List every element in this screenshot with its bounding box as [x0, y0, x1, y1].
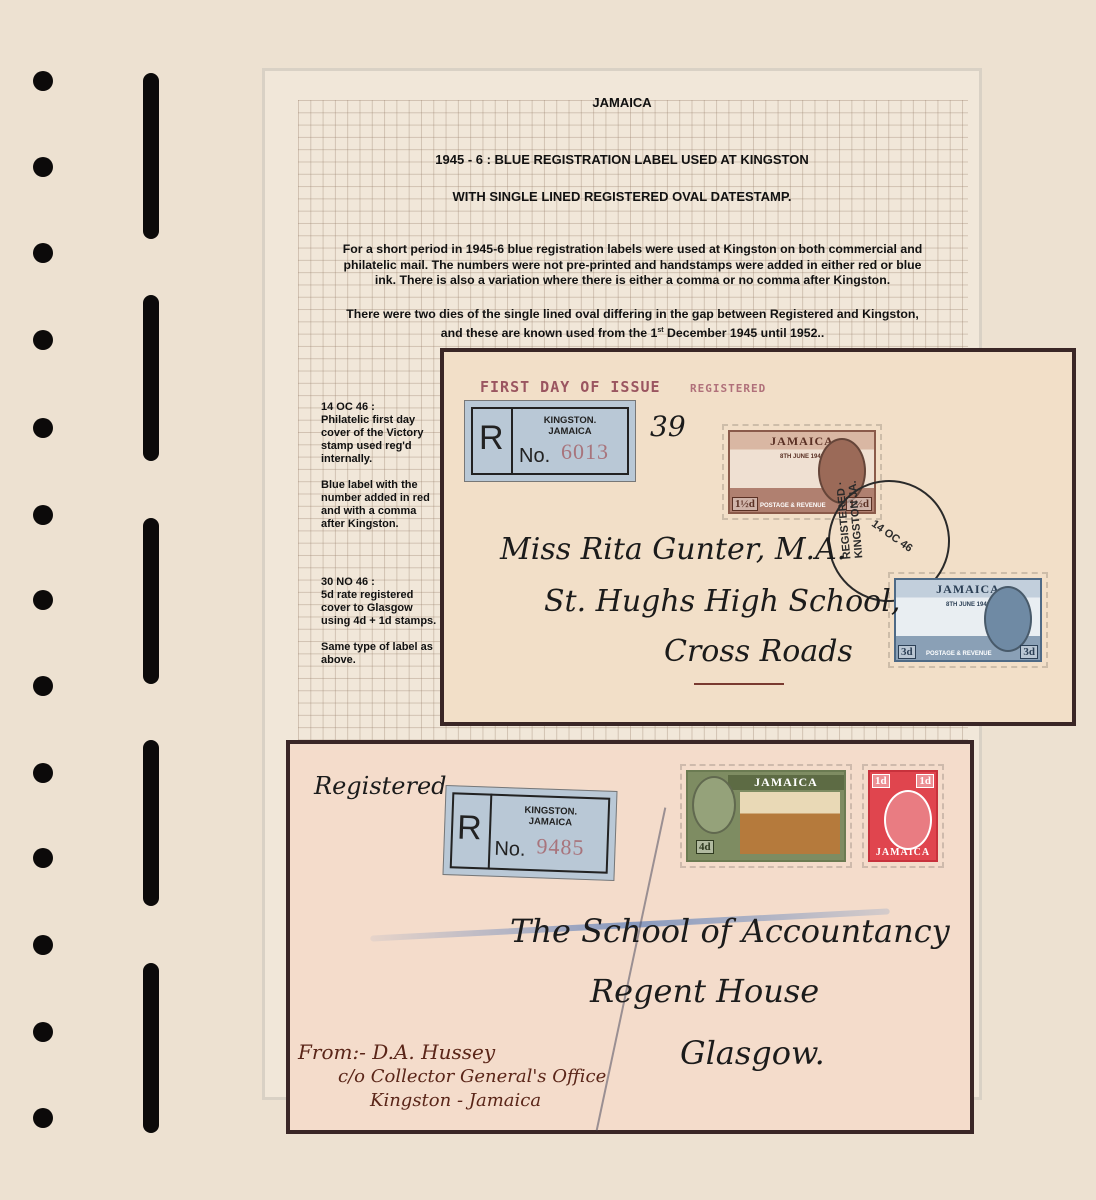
binder-hole	[33, 71, 53, 91]
note-line: Blue label with the	[321, 479, 446, 492]
binder-slot	[143, 518, 159, 684]
sender-line: From:- D.A. Hussey	[298, 1040, 495, 1064]
label-letter: R	[479, 419, 504, 458]
cover-first-day: FIRST DAY OF ISSUE REGISTERED R KINGSTON…	[444, 352, 1072, 722]
paragraph-line: and these are known used from the 1st De…	[300, 323, 965, 342]
stamp-4d-citrus-grove: JAMAICA 4d	[680, 764, 852, 868]
note-line: and with a comma	[321, 505, 446, 518]
label-number: 9485	[536, 833, 585, 861]
label-no: No.	[519, 445, 550, 468]
binder-slot	[143, 963, 159, 1133]
heading-line-1: 1945 - 6 : BLUE REGISTRATION LABEL USED …	[262, 152, 982, 167]
note-line: number added in red	[321, 492, 446, 505]
cachet-first-day-of-issue: FIRST DAY OF ISSUE	[480, 378, 661, 396]
binder-hole	[33, 1022, 53, 1042]
note-line: using 4d + 1d stamps.	[321, 615, 446, 628]
stamp-1d-red: 1d 1d JAMAICA	[862, 764, 944, 868]
label-no: No.	[494, 838, 526, 862]
binder-hole	[33, 418, 53, 438]
paragraph-line: For a short period in 1945-6 blue regist…	[300, 242, 965, 258]
label-city: KINGSTON. JAMAICA	[515, 415, 625, 437]
binder-hole	[33, 243, 53, 263]
sender-line: Kingston - Jamaica	[370, 1090, 541, 1111]
binder-hole	[33, 505, 53, 525]
binder-slot	[143, 73, 159, 239]
note-line: above.	[321, 654, 446, 667]
label-city-line: JAMAICA	[515, 426, 625, 437]
paragraph-line: ink. There is also a variation where the…	[300, 273, 965, 289]
note-line: 5d rate registered	[321, 589, 446, 602]
binder-hole	[33, 848, 53, 868]
binder-hole	[33, 157, 53, 177]
label-letter: R	[456, 808, 482, 848]
binder-hole	[33, 590, 53, 610]
underline	[694, 683, 784, 685]
label-number: 6013	[561, 439, 609, 465]
note-line: Philatelic first day	[321, 414, 446, 427]
binder-hole	[33, 330, 53, 350]
note-cover-1: 14 OC 46 : Philatelic first day cover of…	[321, 401, 446, 531]
binder-slot	[143, 740, 159, 906]
registration-label: R KINGSTON. JAMAICA No. 6013	[464, 400, 636, 482]
note-line: cover of the Victory	[321, 427, 446, 440]
binder-hole	[33, 935, 53, 955]
label-city: KINGSTON. JAMAICA	[495, 804, 606, 830]
address-line: Cross Roads	[664, 634, 853, 669]
note-cover-2: 30 NO 46 : 5d rate registered cover to G…	[321, 576, 446, 667]
handwritten-registered: Registered.	[314, 772, 454, 800]
note-line: 30 NO 46 :	[321, 576, 446, 589]
stamp-victory-3d: JAMAICA 8TH JUNE 1946 POSTAGE & REVENUE …	[888, 572, 1048, 668]
note-line: after Kingston.	[321, 518, 446, 531]
binder-hole	[33, 1108, 53, 1128]
address-line: Miss Rita Gunter, M.A.	[500, 532, 846, 567]
dies-paragraph: There were two dies of the single lined …	[300, 307, 965, 341]
note-line: internally.	[321, 453, 446, 466]
binder-slot	[143, 295, 159, 461]
sender-line: c/o Collector General's Office	[338, 1066, 606, 1087]
label-city-line: KINGSTON.	[515, 415, 625, 426]
note-line: stamp used reg'd	[321, 440, 446, 453]
address-line: Glasgow.	[680, 1034, 825, 1072]
paragraph-line: philatelic mail. The numbers were not pr…	[300, 258, 965, 274]
heading-line-2: WITH SINGLE LINED REGISTERED OVAL DATEST…	[262, 189, 982, 204]
binder-hole	[33, 676, 53, 696]
registration-label: R KINGSTON. JAMAICA No. 9485	[442, 785, 617, 881]
address-line: Regent House	[590, 972, 819, 1010]
address-line: St. Hughs High School,	[544, 584, 900, 619]
address-line: The School of Accountancy	[510, 912, 950, 950]
intro-paragraph: For a short period in 1945-6 blue regist…	[300, 242, 965, 289]
note-line: 14 OC 46 :	[321, 401, 446, 414]
pencil-note: 39	[650, 410, 686, 443]
cachet-registered: REGISTERED	[690, 382, 766, 395]
note-line: Same type of label as	[321, 641, 446, 654]
paragraph-line: There were two dies of the single lined …	[300, 307, 965, 323]
cover-glasgow: Registered. R KINGSTON. JAMAICA No. 9485…	[290, 744, 970, 1130]
note-line: cover to Glasgow	[321, 602, 446, 615]
binder-hole	[33, 763, 53, 783]
page-title: JAMAICA	[262, 95, 982, 110]
